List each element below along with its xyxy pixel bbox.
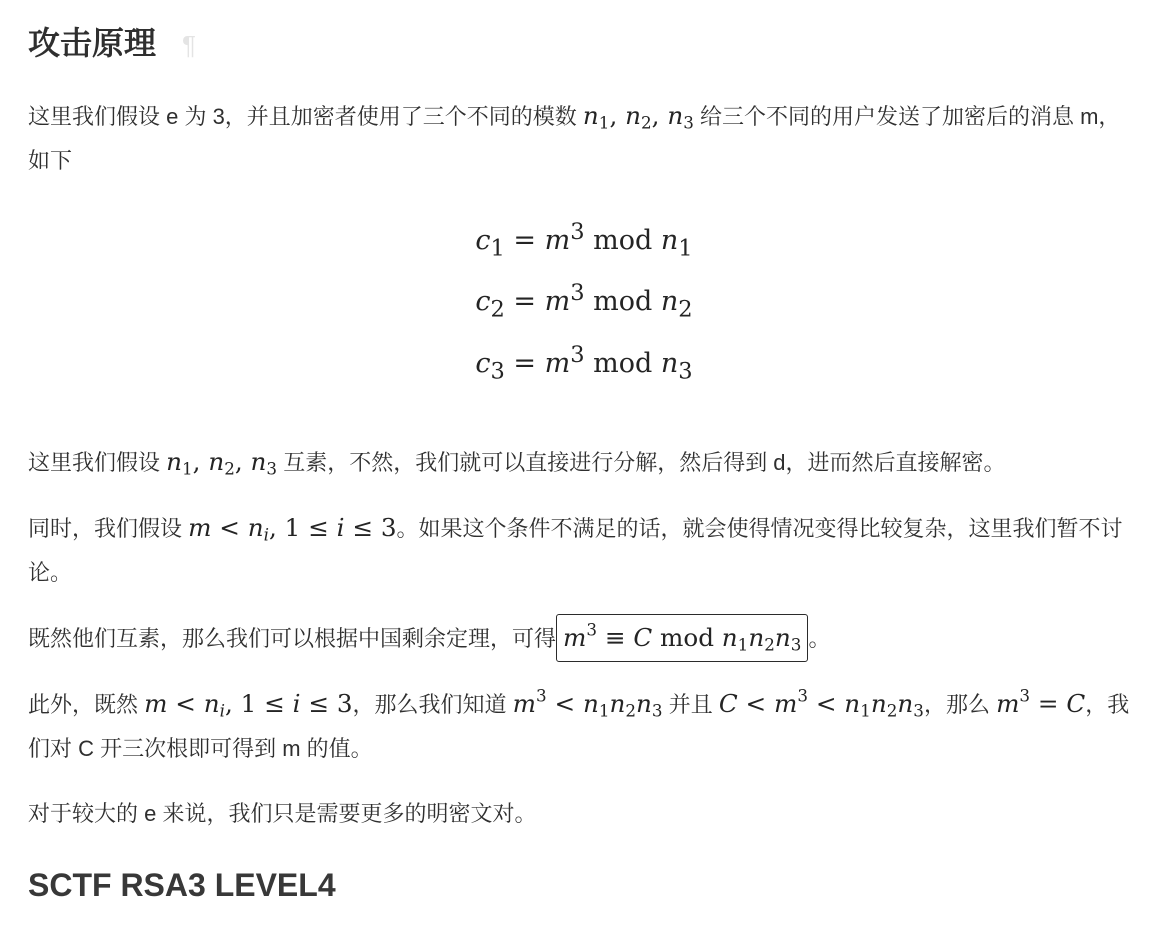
inline-math: m < ni, 1 ≤ i ≤ 3 (188, 513, 396, 542)
inline-math: m3 = C (996, 689, 1085, 718)
paragraph-text: 这里我们假设 e 为 3，并且加密者使用了三个不同的模数 (28, 104, 583, 129)
paragraph: 这里我们假设 n1, n2, n3 互素，不然，我们就可以直接进行分解，然后得到… (28, 440, 1140, 485)
paragraph-text: ，那么 (924, 692, 996, 717)
inline-math: m < ni, 1 ≤ i ≤ 3 (144, 689, 352, 718)
article: 攻击原理¶ 这里我们假设 e 为 3，并且加密者使用了三个不同的模数 n1, n… (0, 26, 1170, 902)
article-body: 这里我们假设 e 为 3，并且加密者使用了三个不同的模数 n1, n2, n3 … (28, 94, 1140, 836)
paragraph-text: 互素，不然，我们就可以直接进行分解，然后得到 d，进而然后直接解密。 (277, 450, 1005, 475)
next-section-heading: SCTF RSA3 LEVEL4 (28, 868, 1140, 902)
paragraph: 对于较大的 e 来说，我们只是需要更多的明密文对。 (28, 792, 1140, 836)
paragraph-text: 既然他们互素，那么我们可以根据中国剩余定理，可得 (28, 626, 556, 651)
paragraph-text: 并且 (663, 692, 719, 717)
paragraph-text: ，那么我们知道 (353, 692, 513, 717)
page-title-text: 攻击原理 (28, 25, 156, 61)
paragraph-text: 同时，我们假设 (28, 516, 188, 541)
page-title: 攻击原理¶ (28, 26, 1140, 62)
boxed-formula: m3 ≡ C mod n1n2n3 (556, 614, 808, 662)
equation-line: c1 = m3 mod n1 (28, 210, 1140, 271)
paragraph-text: 。 (808, 626, 830, 651)
paragraph-text: 对于较大的 e 来说，我们只是需要更多的明密文对。 (28, 801, 536, 826)
paragraph: 这里我们假设 e 为 3，并且加密者使用了三个不同的模数 n1, n2, n3 … (28, 94, 1140, 183)
paragraph: 此外，既然 m < ni, 1 ≤ i ≤ 3，那么我们知道 m3 < n1n2… (28, 682, 1140, 771)
paragraph: 既然他们互素，那么我们可以根据中国剩余定理，可得m3 ≡ C mod n1n2n… (28, 616, 1140, 661)
paragraph-text: 此外，既然 (28, 692, 144, 717)
equation-block: c1 = m3 mod n1c2 = m3 mod n2c3 = m3 mod … (28, 210, 1140, 394)
inline-math: n1, n2, n3 (166, 447, 277, 476)
inline-math: C < m3 < n1n2n3 (719, 689, 924, 718)
equation-line: c2 = m3 mod n2 (28, 271, 1140, 332)
paragraph: 同时，我们假设 m < ni, 1 ≤ i ≤ 3。如果这个条件不满足的话，就会… (28, 506, 1140, 595)
inline-math: n1, n2, n3 (583, 101, 694, 130)
heading-anchor-icon[interactable]: ¶ (182, 30, 196, 60)
paragraph-text: 这里我们假设 (28, 450, 166, 475)
inline-math: m3 < n1n2n3 (513, 689, 663, 718)
equation-line: c3 = m3 mod n3 (28, 333, 1140, 394)
